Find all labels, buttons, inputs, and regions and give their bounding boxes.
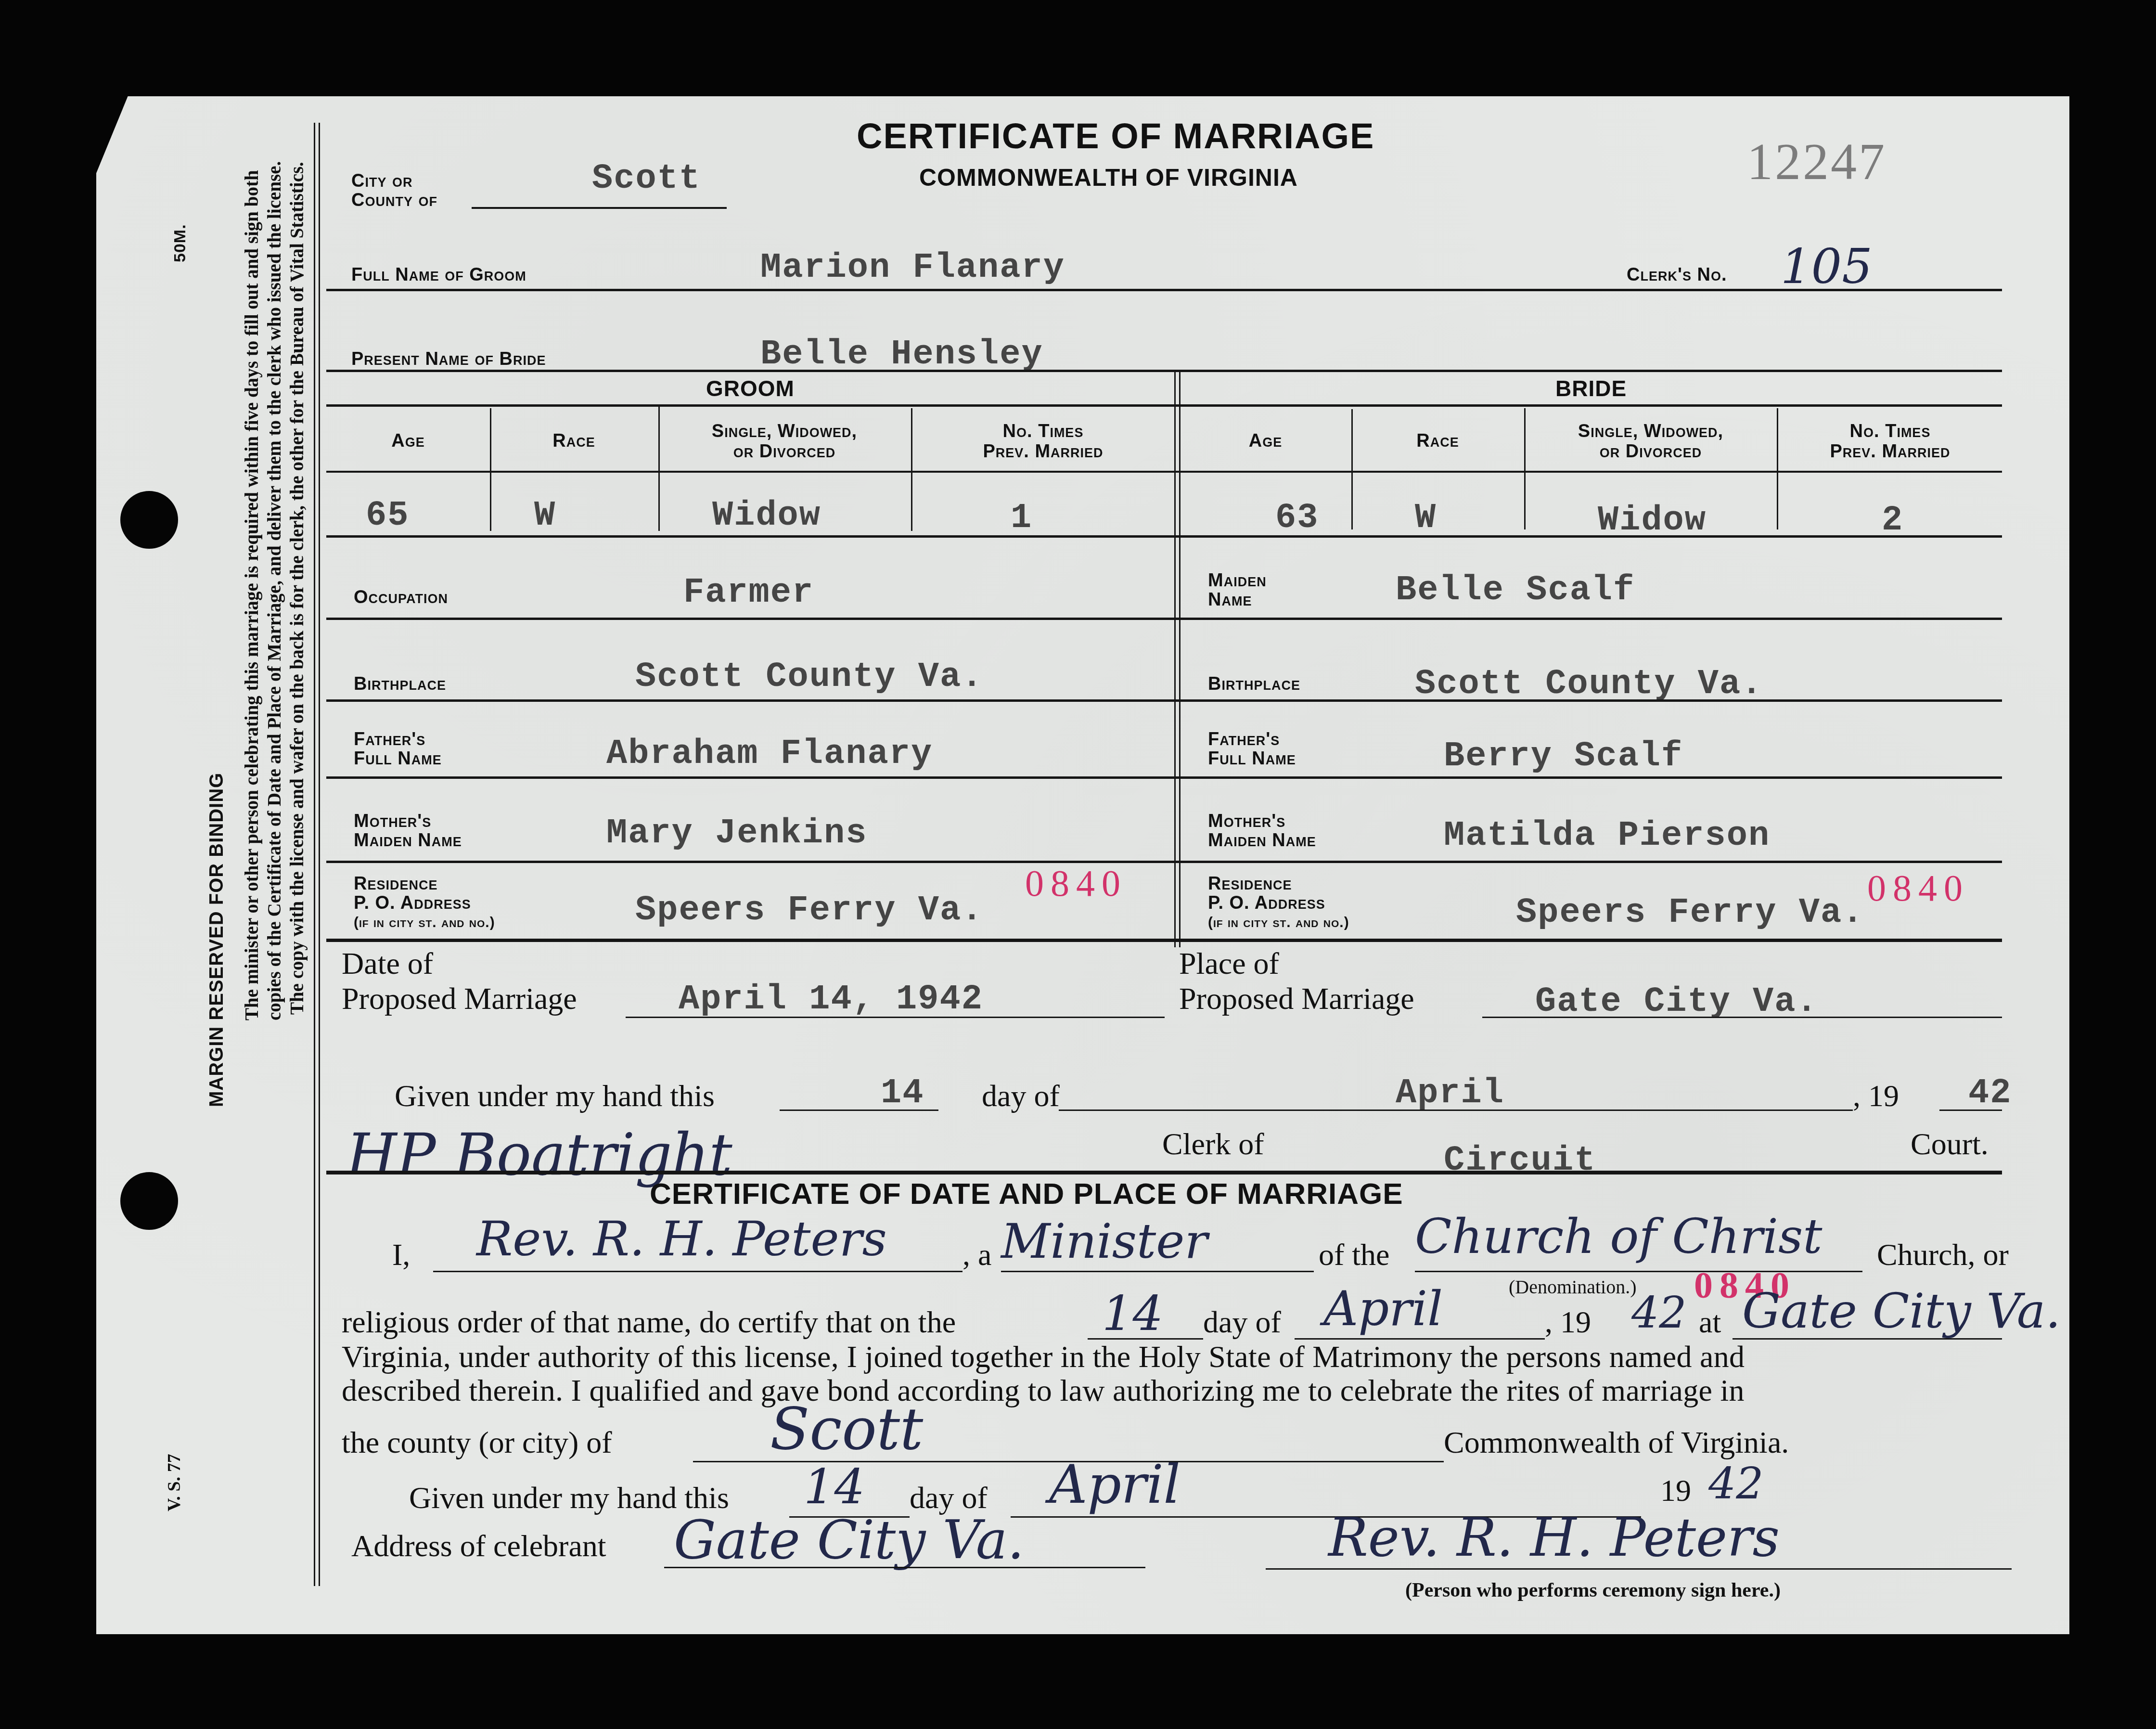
occupation-line (326, 618, 2002, 620)
bride-col-race: Race (1352, 431, 1523, 451)
celebrant-name: Rev. R. H. Peters (476, 1211, 887, 1267)
license-year-line (1939, 1110, 2002, 1111)
cert-at-label: at (1699, 1304, 1721, 1340)
margin-instructions: The minister or other person celebrating… (241, 161, 308, 1020)
celebrant-address-line (664, 1567, 1145, 1568)
clerks-no-label: Clerk's No. (1627, 265, 1727, 285)
married-place: Gate City Va. (1742, 1283, 2061, 1339)
proposed-date-line (626, 1017, 1165, 1018)
form-count: 50M. (171, 224, 190, 262)
groom-col-times: No. Times Prev. Married (912, 421, 1174, 462)
bride-birthplace: Scott County Va. (1415, 664, 1763, 704)
clerks-no-value: 105 (1781, 238, 1873, 295)
margin-rule-1 (314, 123, 315, 1586)
cert-line2-prefix: religious order of that name, do certify… (342, 1304, 956, 1340)
county-value: Scott (770, 1396, 923, 1463)
bride-col-times: No. Times Prev. Married (1778, 421, 2002, 462)
groom-name-line (326, 289, 2002, 291)
cert-line3: Virginia, under authority of this licens… (342, 1339, 1745, 1375)
cert-given-day: 14 (804, 1458, 865, 1515)
groom-col-sep-1 (490, 408, 491, 531)
bride-mother: Matilda Pierson (1444, 816, 1770, 855)
cert-i-label: I, (392, 1237, 410, 1273)
groom-residence-label-3: (if in city st. and no.) (354, 915, 495, 931)
city-county-label-1: City or (351, 171, 413, 191)
signature-caption: (Person who performs ceremony sign here.… (1405, 1579, 1781, 1602)
bride-race: W (1415, 498, 1437, 538)
cert-given-month: April (1049, 1454, 1181, 1515)
instruction-line-3: The copy with the license and wafer on t… (286, 161, 308, 1020)
groom-col-status: Single, Widowed, or Divorced (659, 421, 910, 462)
city-county-label-2: County of (351, 190, 437, 210)
celebrant-signature-line (1266, 1568, 2012, 1570)
groom-father: Abraham Flanary (606, 734, 933, 774)
address-label: Address of celebrant (351, 1528, 606, 1564)
groom-birthplace: Scott County Va. (635, 657, 983, 697)
license-bottom-line (326, 1171, 2002, 1174)
groom-name-label: Full Name of Groom (351, 265, 526, 285)
certificate-section-title: CERTIFICATE OF DATE AND PLACE OF MARRIAG… (650, 1177, 1403, 1211)
groom-occupation: Farmer (683, 573, 814, 612)
celebrant-address: Gate City Va. (674, 1509, 1024, 1571)
groom-name-value: Marion Flanary (760, 248, 1065, 287)
license-year-prefix: , 19 (1853, 1078, 1899, 1114)
county-label: the county (or city) of (342, 1425, 612, 1460)
celebrant-title-line (1001, 1271, 1314, 1272)
bride-maiden-name: Belle Scalf (1396, 570, 1635, 610)
birthplace-line (326, 699, 2002, 702)
bride-maiden-label-2: Name (1208, 590, 1252, 610)
license-year: 42 (1968, 1073, 2012, 1113)
groom-col-race: Race (491, 431, 657, 451)
instruction-line-1: The minister or other person celebrating… (241, 161, 263, 1020)
groom-red-stamp: 0840 (1025, 862, 1127, 905)
bride-father: Berry Scalf (1444, 736, 1683, 776)
groom-times-married: 1 (1011, 498, 1032, 538)
section-header-line (326, 404, 2002, 407)
proposed-place: Gate City Va. (1535, 982, 1818, 1021)
bride-age: 63 (1275, 498, 1319, 538)
cert-church-or-label: Church, or (1877, 1237, 2009, 1273)
place-label-1: Place of (1179, 946, 1279, 981)
groom-mother-label-1: Mother's (354, 811, 431, 831)
bride-red-stamp: 0840 (1867, 866, 1969, 910)
table-header-line (326, 471, 2002, 473)
cert-given-year: 42 (1708, 1458, 1764, 1509)
bride-birthplace-label: Birthplace (1208, 674, 1300, 694)
bride-times-married: 2 (1882, 501, 1903, 540)
bride-col-times-line-2: Prev. Married (1778, 441, 2002, 462)
bride-residence: Speers Ferry Va. (1516, 893, 1864, 932)
proposed-place-line (1482, 1017, 2002, 1018)
place-label-2: Proposed Marriage (1179, 981, 1414, 1017)
married-place-line (1732, 1338, 2002, 1340)
certificate-subtitle: COMMONWEALTH OF VIRGINIA (919, 164, 1298, 192)
form-code: V. S. 77 (164, 1454, 185, 1511)
denomination: Church of Christ (1415, 1208, 1822, 1264)
bride-section-label: BRIDE (1180, 375, 2002, 401)
groom-father-label-1: Father's (354, 729, 425, 749)
court-label: Court. (1911, 1126, 1989, 1162)
married-year-prefix: , 19 (1545, 1304, 1591, 1340)
proposed-date: April 14, 1942 (679, 980, 983, 1019)
cert-given-year-prefix: 19 (1660, 1473, 1691, 1509)
date-label-2: Proposed Marriage (342, 981, 577, 1017)
city-county-value: Scott (592, 159, 701, 198)
residence-line (326, 939, 2002, 942)
groom-col-sep-3 (911, 408, 912, 531)
groom-status: Widow (712, 496, 821, 535)
bride-col-sep-1 (1351, 409, 1353, 529)
groom-father-label-2: Full Name (354, 748, 442, 769)
groom-occupation-label: Occupation (354, 587, 448, 607)
bride-residence-label-1: Residence (1208, 874, 1292, 894)
license-month-line (1059, 1110, 1853, 1111)
celebrant-signature: Rev. R. H. Peters (1328, 1507, 1780, 1568)
groom-residence-label-2: P. O. Address (354, 893, 471, 913)
date-label-1: Date of (342, 946, 433, 981)
married-day: 14 (1102, 1285, 1163, 1342)
groom-section-label: GROOM (326, 375, 1174, 401)
bride-name-line (326, 370, 2002, 372)
bride-residence-label-2: P. O. Address (1208, 893, 1325, 913)
bride-col-sep-3 (1777, 408, 1778, 529)
bride-col-times-line-1: No. Times (1778, 421, 2002, 441)
bride-maiden-label-1: Maiden (1208, 570, 1267, 591)
cert-of-the-label: of the (1319, 1237, 1390, 1273)
bride-father-label-1: Father's (1208, 729, 1280, 749)
groom-mother: Mary Jenkins (606, 813, 867, 853)
binding-hole-top (120, 491, 178, 549)
groom-residence: Speers Ferry Va. (635, 890, 983, 930)
bride-residence-label-3: (if in city st. and no.) (1208, 915, 1349, 931)
bride-mother-label-2: Maiden Name (1208, 830, 1316, 851)
bride-col-status: Single, Widowed, or Divorced (1526, 421, 1776, 462)
bride-col-age: Age (1180, 431, 1351, 451)
groom-race: W (534, 496, 556, 535)
mother-line (326, 861, 2002, 863)
bride-mother-label-1: Mother's (1208, 811, 1285, 831)
groom-col-status-line-2: or Divorced (659, 441, 910, 462)
groom-birthplace-label: Birthplace (354, 674, 446, 694)
groom-age: 65 (366, 496, 409, 535)
binding-hole-bottom (120, 1172, 178, 1230)
groom-mother-label-2: Maiden Name (354, 830, 462, 851)
license-given-label: Given under my hand this (395, 1078, 715, 1114)
binding-note: MARGIN RESERVED FOR BINDING (206, 773, 228, 1107)
cert-a-label: , a (962, 1237, 991, 1273)
license-day-line (780, 1110, 938, 1111)
city-county-line (472, 207, 727, 209)
groom-residence-label-1: Residence (354, 874, 437, 894)
bride-father-label-2: Full Name (1208, 748, 1296, 769)
bride-name-label: Present Name of Bride (351, 349, 546, 369)
license-day: 14 (881, 1073, 924, 1113)
celebrant-title: Minister (1001, 1213, 1207, 1269)
married-month: April (1323, 1280, 1443, 1337)
bride-name-value: Belle Hensley (760, 335, 1043, 374)
license-day-of-label: day of (982, 1078, 1060, 1114)
commonwealth-label: Commonwealth of Virginia. (1444, 1425, 1789, 1460)
certificate-title: CERTIFICATE OF MARRIAGE (857, 116, 1374, 156)
bride-col-status-line-2: or Divorced (1526, 441, 1776, 462)
groom-col-times-line-1: No. Times (912, 421, 1174, 441)
clerk-of-label: Clerk of (1162, 1126, 1264, 1162)
instruction-line-2: copies of the Certificate of Date and Pl… (263, 161, 286, 1020)
groom-col-sep-2 (658, 407, 660, 531)
bride-col-status-line-1: Single, Widowed, (1526, 421, 1776, 441)
serial-number: 12247 (1747, 132, 1886, 192)
margin-rule-2 (319, 123, 320, 1586)
father-line (326, 776, 2002, 779)
groom-col-status-line-1: Single, Widowed, (659, 421, 910, 441)
bride-col-sep-2 (1524, 408, 1526, 529)
married-day-of-label: day of (1203, 1304, 1281, 1340)
license-month: April (1396, 1073, 1504, 1113)
celebrant-name-line (433, 1271, 962, 1272)
cert-line4: described therein. I qualified and gave … (342, 1373, 1745, 1408)
married-year: 42 (1631, 1288, 1687, 1338)
groom-col-age: Age (326, 431, 490, 451)
denomination-caption: (Denomination.) (1509, 1276, 1637, 1298)
bride-status: Widow (1598, 501, 1707, 540)
groom-col-times-line-2: Prev. Married (912, 441, 1174, 462)
table-values-line (326, 535, 2002, 538)
certificate-paper: 50M. MARGIN RESERVED FOR BINDING The min… (96, 96, 2069, 1634)
